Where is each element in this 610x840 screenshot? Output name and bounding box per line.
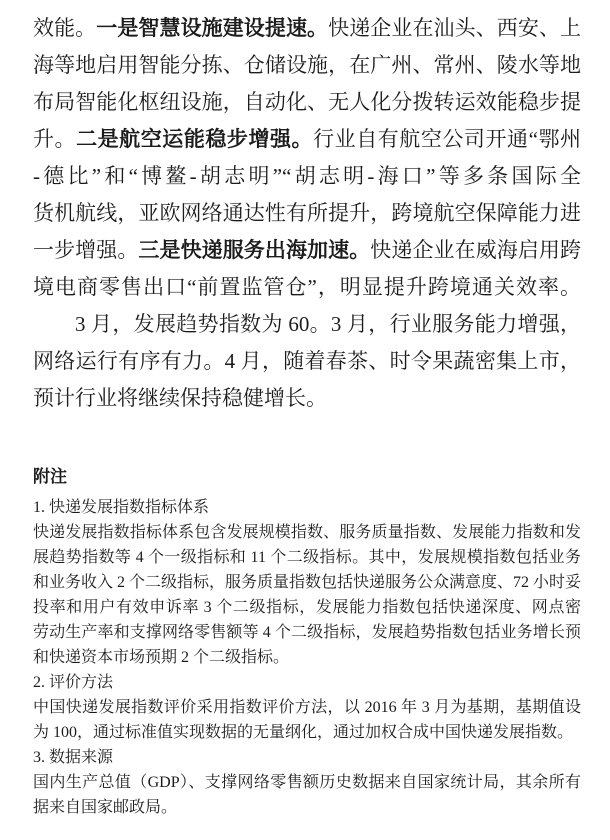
text-line: 境电商零售出口“前置监管仓”，明显提升跨境通关效率。	[33, 269, 581, 306]
text-line: 效能。一是智慧设施建设提速。快递企业在汕头、西安、上	[33, 10, 581, 47]
note-heading-indicator-system: 1. 快递发展指数指标体系	[33, 495, 581, 520]
note-heading-evaluation-method: 2. 评价方法	[33, 670, 581, 695]
text-run: 行业自有航空公司开通“鄂州	[313, 127, 581, 151]
note-line: 展趋势指数等 4 个一级指标和 11 个二级指标。其中，发展规模指数包括业务量	[33, 545, 581, 570]
text-line: 布局智能化枢纽设施，自动化、无人化分拨转运效能稳步提	[33, 84, 581, 121]
note-line: 国内生产总值（GDP）、支撑网络零售额历史数据来自国家统计局，其余所有数	[33, 770, 581, 795]
note-line: 投率和用户有效申诉率 3 个二级指标，发展能力指数包括快递深度、网点密度、	[33, 595, 581, 620]
bold-run: 三是快递服务出海加速。	[138, 238, 370, 262]
text-run: 升。	[33, 127, 76, 151]
text-run: 快递企业在汕头、西安、上	[328, 16, 581, 40]
note-line: 为 100，通过标准值实现数据的无量纲化，通过加权合成中国快递发展指数。	[33, 720, 581, 745]
text-line: 海等地启用智能分拣、仓储设施，在广州、常州、陵水等地	[33, 47, 581, 84]
note-heading-data-source: 3. 数据来源	[33, 745, 581, 770]
text-run: -德比”和“博鳌-胡志明”“胡志明-海口”等多条国际全	[33, 164, 581, 188]
note-line: 据来自国家邮政局。	[33, 795, 581, 820]
text-run: 货机航线，亚欧网络通达性有所提升，跨境航空保障能力进	[33, 201, 581, 225]
notes-section: 附注 1. 快递发展指数指标体系 快递发展指数指标体系包含发展规模指数、服务质量…	[33, 464, 581, 820]
note-line: 快递发展指数指标体系包含发展规模指数、服务质量指数、发展能力指数和发	[33, 520, 581, 545]
main-text-block: 效能。一是智慧设施建设提速。快递企业在汕头、西安、上 海等地启用智能分拣、仓储设…	[33, 10, 581, 417]
text-line-paragraph-start: 3 月，发展趋势指数为 60。3 月，行业服务能力增强，	[33, 306, 581, 343]
text-run: 布局智能化枢纽设施，自动化、无人化分拨转运效能稳步提	[33, 90, 581, 114]
text-line: 网络运行有序有力。4 月，随着春茶、时令果蔬密集上市，	[33, 343, 581, 380]
note-line: 和快递资本市场预期 2 个二级指标。	[33, 645, 581, 670]
text-run: 网络运行有序有力。4 月，随着春茶、时令果蔬密集上市，	[33, 349, 581, 373]
text-run: 一步增强。	[33, 238, 138, 262]
text-run: 快递企业在威海启用跨	[370, 238, 581, 262]
text-run: 境电商零售出口“前置监管仓”，明显提升跨境通关效率。	[33, 275, 581, 299]
text-line: 预计行业将继续保持稳健增长。	[33, 380, 581, 417]
document-page: { "page": { "background": "#ffffff", "te…	[0, 0, 610, 840]
note-line: 劳动生产率和支撑网络零售额等 4 个二级指标，发展趋势指数包括业务增长预期	[33, 620, 581, 645]
text-run: 3 月，发展趋势指数为 60。3 月，行业服务能力增强，	[75, 312, 581, 336]
text-line: 一步增强。三是快递服务出海加速。快递企业在威海启用跨	[33, 232, 581, 269]
bold-run: 二是航空运能稳步增强。	[76, 127, 313, 151]
notes-title: 附注	[33, 464, 581, 490]
note-line: 和业务收入 2 个二级指标，服务质量指数包括快递服务公众满意度、72 小时妥	[33, 570, 581, 595]
text-line: 升。二是航空运能稳步增强。行业自有航空公司开通“鄂州	[33, 121, 581, 158]
text-run: 效能。	[33, 16, 96, 40]
bold-run: 一是智慧设施建设提速。	[96, 16, 328, 40]
note-line: 中国快递发展指数评价采用指数评价方法，以 2016 年 3 月为基期，基期值设定	[33, 695, 581, 720]
text-line: 货机航线，亚欧网络通达性有所提升，跨境航空保障能力进	[33, 195, 581, 232]
text-run: 预计行业将继续保持稳健增长。	[33, 386, 327, 410]
text-line: -德比”和“博鳌-胡志明”“胡志明-海口”等多条国际全	[33, 158, 581, 195]
text-run: 海等地启用智能分拣、仓储设施，在广州、常州、陵水等地	[33, 53, 581, 77]
